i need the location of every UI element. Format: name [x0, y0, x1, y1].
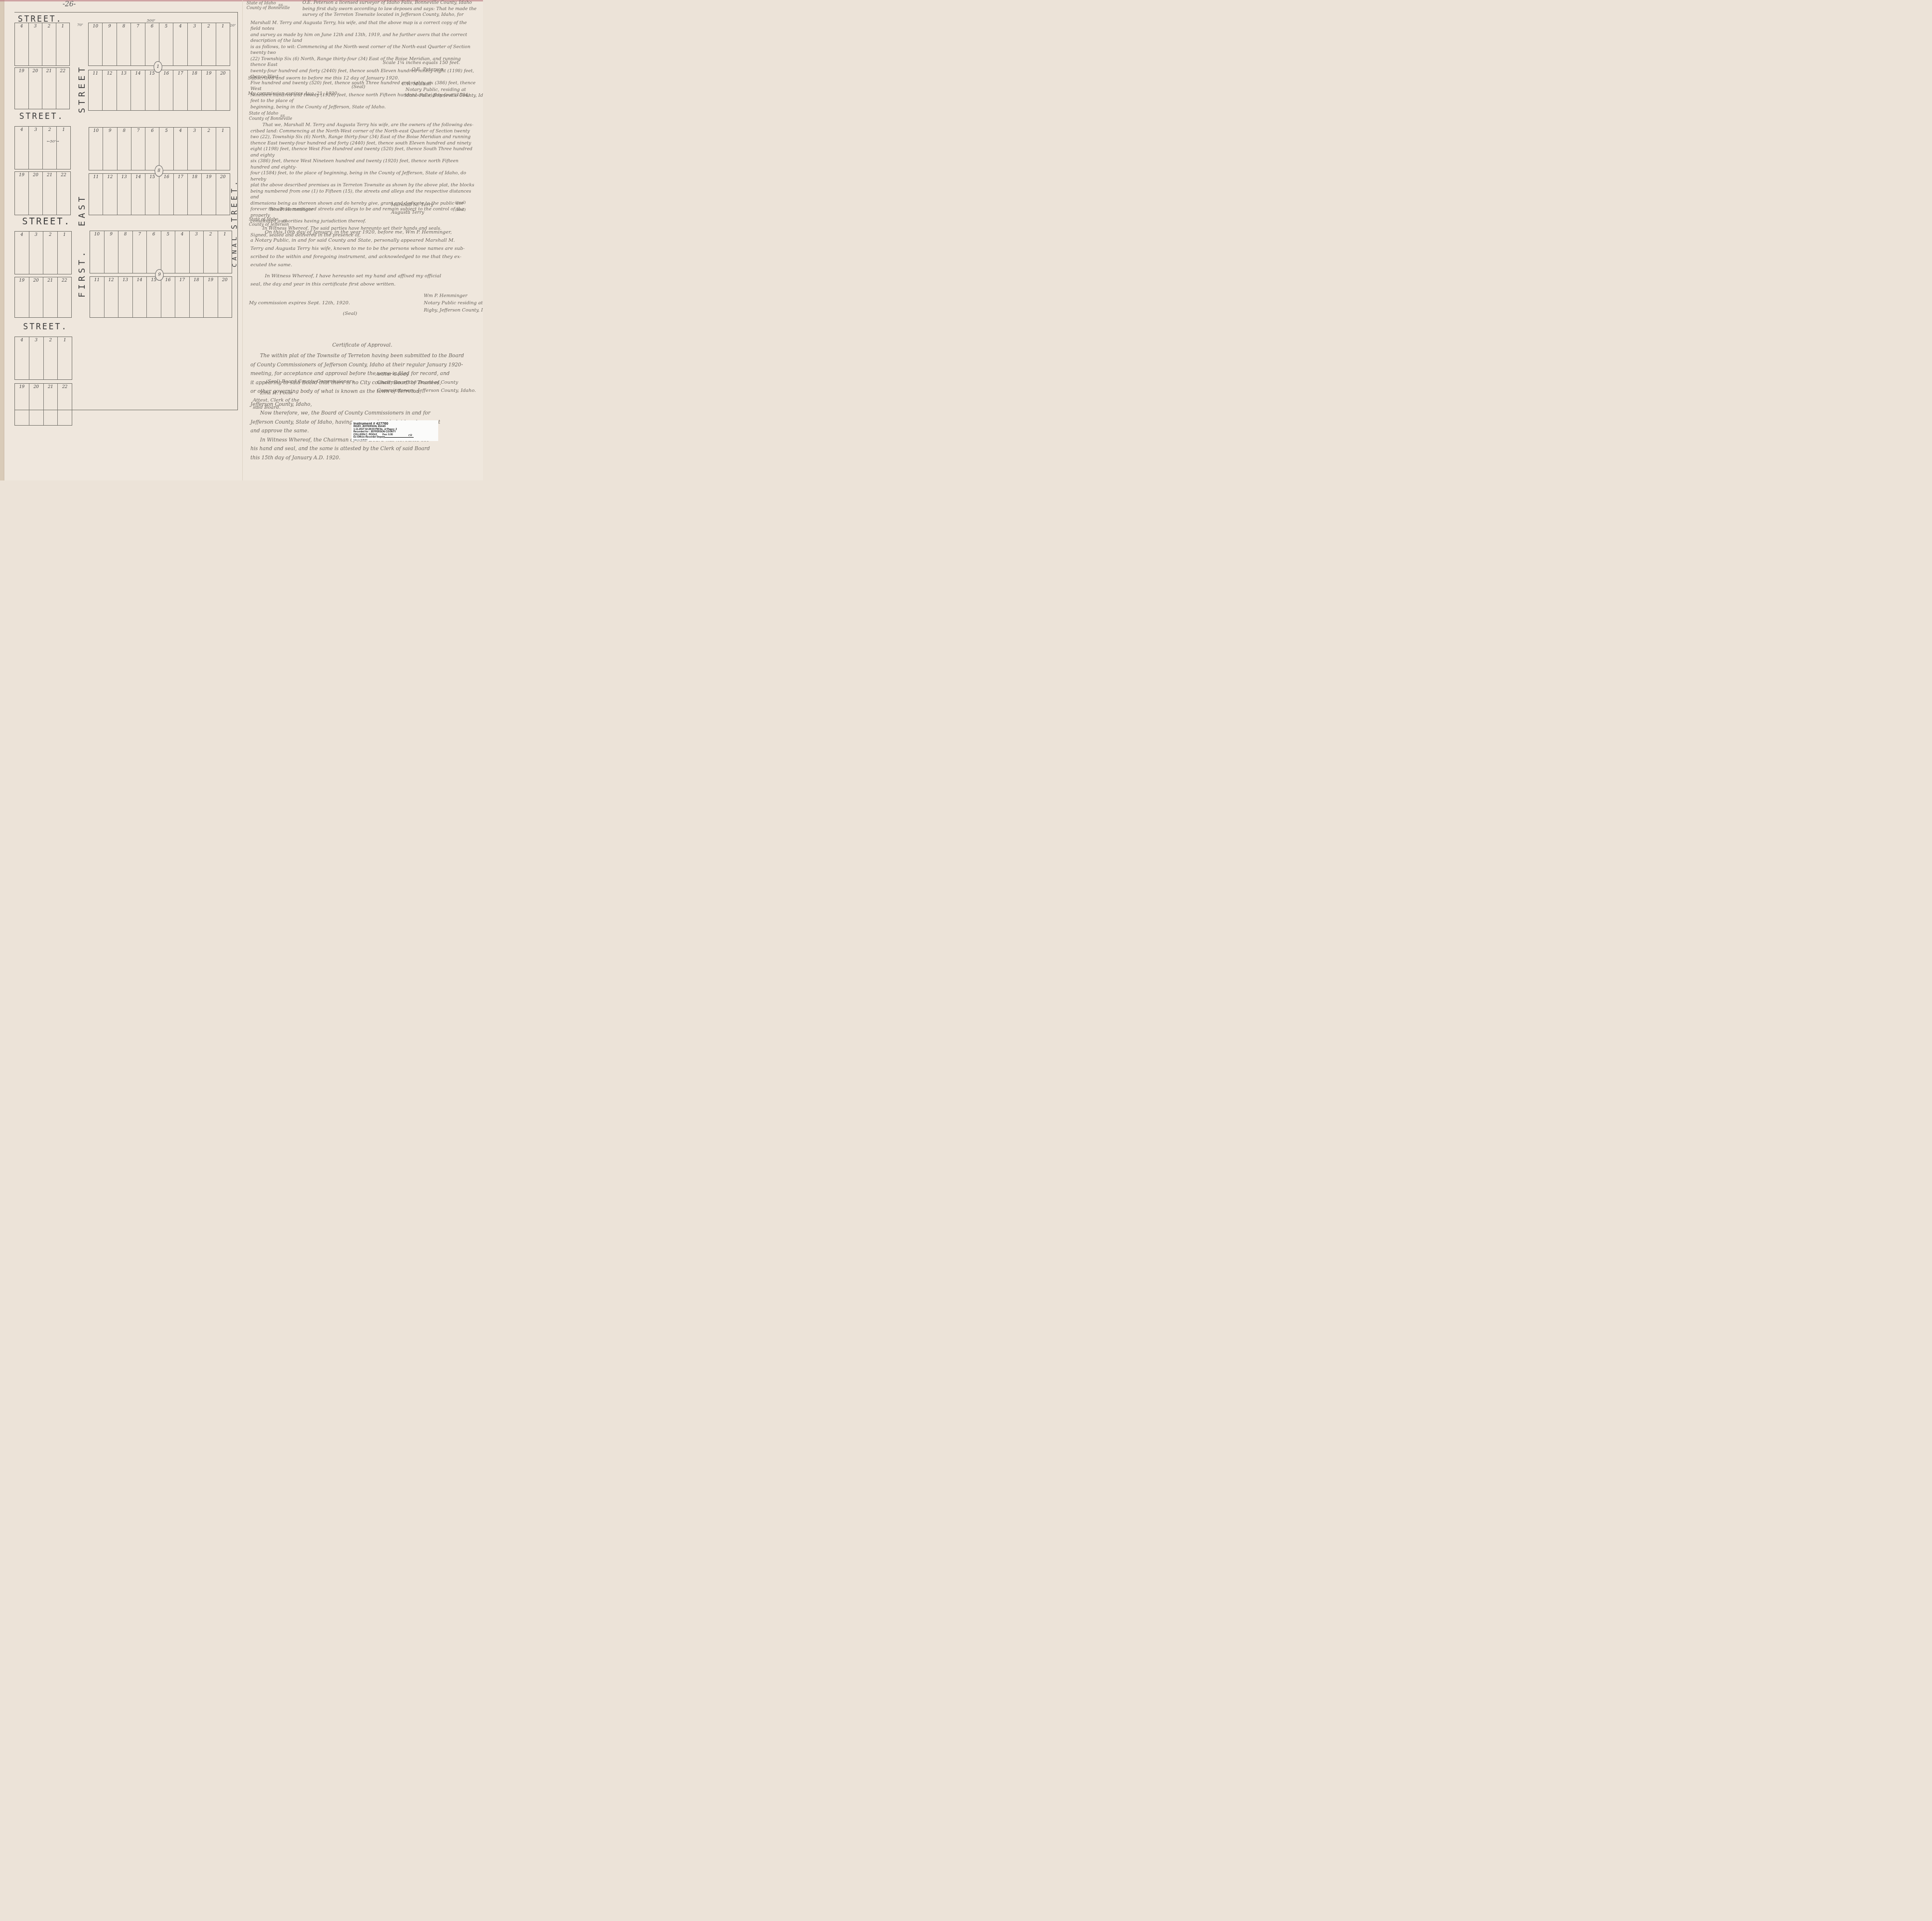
lot-number: 2 — [202, 24, 215, 29]
lot[interactable]: 4 — [15, 337, 29, 379]
lot-number: 19 — [204, 278, 218, 283]
lot-number: 9 — [103, 24, 116, 29]
lot-number: 4 — [174, 129, 187, 133]
dedication-line: That we, Marshall M. Terry and Augusta T… — [250, 122, 477, 129]
lot-number: 3 — [29, 24, 42, 29]
lot[interactable]: 6 — [145, 128, 159, 170]
deputy-signature-line — [385, 437, 414, 438]
lot[interactable]: 22 — [58, 277, 72, 317]
lot-number: 21 — [43, 173, 56, 178]
lot[interactable]: 4 — [173, 23, 187, 65]
lot-number: 4 — [175, 232, 189, 237]
lot[interactable]: 5 — [159, 23, 173, 65]
lot[interactable]: 19 — [204, 277, 218, 317]
dimension-block-width: 500' — [147, 18, 155, 23]
lot-number: 17 — [174, 175, 187, 180]
lot[interactable]: 21 — [43, 277, 58, 317]
acknowledgment-line: scribed to the within and foregoing inst… — [250, 253, 477, 261]
notary-title-hemminger: Notary Public residing at — [424, 301, 483, 306]
lot-number: 8 — [118, 232, 132, 237]
lot[interactable]: 13 — [117, 70, 131, 110]
lot-number: 14 — [131, 71, 144, 76]
clerk-signature: Zina H. Poole — [260, 391, 293, 396]
lot-number: 7 — [131, 129, 145, 133]
lot[interactable]: 18 — [190, 277, 204, 317]
certificate-line: The within plat of the Townsite of Terre… — [250, 351, 477, 361]
block-8-left-bottom: 19 20 21 22 — [14, 171, 71, 215]
block-last-left-bottom: 19 20 21 22 — [14, 383, 72, 426]
acknowledgment-line: Terry and Augusta Terry his wife, known … — [250, 245, 477, 253]
block-8-left-top: 4 3 2 1 — [14, 126, 71, 169]
lot[interactable]: 2 — [44, 337, 58, 379]
affidavit-line: and survey as made by him on June 12th a… — [250, 32, 477, 44]
block-8-right-bottom: 11 12 13 14 15 16 17 18 19 20 — [89, 173, 230, 215]
lot[interactable]: 1 — [56, 23, 70, 65]
lot-number: 17 — [173, 71, 187, 76]
block-number-9: 9 — [155, 269, 164, 281]
chairman-title-2: Commissioners, Jefferson County, Idaho. — [377, 389, 476, 393]
lot-number: 13 — [117, 175, 131, 180]
dedication-line: dimensions being as thereon shown and do… — [250, 201, 477, 207]
acknowledgment-venue-county: County of Jefferson — [249, 223, 289, 227]
recording-stamp-label: Instrument # 427760 RIGBY, JEFFERSON, ID… — [352, 420, 438, 441]
lot[interactable]: 1 — [58, 337, 72, 379]
lot-number: 6 — [145, 129, 159, 133]
board-seal-line: (Seal) Board County Commissioners — [266, 379, 354, 384]
lot[interactable]: 21 — [44, 384, 58, 425]
lot[interactable]: 17 — [173, 70, 187, 110]
lot[interactable]: 15 — [145, 174, 159, 215]
lot-number: 5 — [159, 129, 173, 133]
lot[interactable]: 10 — [89, 23, 103, 65]
lot[interactable]: 12 — [104, 277, 119, 317]
plat-scale-note: Scale 1¼ inches equals 150 feet. — [383, 61, 460, 65]
lot[interactable]: 2 — [202, 23, 216, 65]
lot-number: 5 — [159, 24, 173, 29]
lot[interactable]: 21 — [42, 68, 56, 109]
lot-number: 16 — [159, 71, 173, 76]
affidavit-subscribed-line: Subscribed and sworn to before me this 1… — [248, 76, 399, 81]
lot-number: 2 — [204, 232, 218, 237]
block-number-8: 8 — [155, 165, 163, 177]
lot[interactable]: 15 — [145, 70, 159, 110]
lot-number: 19 — [202, 71, 215, 76]
lot-number: 14 — [133, 278, 147, 283]
lot[interactable]: 14 — [131, 70, 145, 110]
lot[interactable]: 19 — [202, 70, 216, 110]
clerk-title-1: Attest, Clerk of the — [253, 398, 300, 403]
lot-number: 1 — [216, 129, 230, 133]
lot-number: 19 — [15, 385, 29, 389]
block-last-left-top: 4 3 2 1 — [14, 337, 72, 380]
lot[interactable]: 17 — [174, 174, 188, 215]
lot-number: 19 — [15, 69, 28, 74]
lot-number: 5 — [161, 232, 175, 237]
signer-seal-1: (Seal) — [455, 201, 466, 205]
lot-number: 4 — [15, 338, 29, 343]
acknowledgment-venue-state: State of Idaho — [249, 218, 278, 222]
lot[interactable]: 7 — [133, 231, 147, 273]
lot[interactable]: 4 — [15, 127, 29, 169]
recording-index: Index to: SURVEY — [353, 439, 436, 441]
acknowledgment-line: In Witness Whereof, I have hereunto set … — [250, 272, 477, 280]
lot-number: 11 — [89, 71, 102, 76]
lot[interactable]: 2 — [202, 128, 216, 170]
lot-number: 2 — [43, 233, 57, 237]
lot-number: 10 — [89, 129, 103, 133]
lot-number: 1 — [218, 232, 232, 237]
street-label-row3: STREET. — [22, 216, 71, 227]
lot-number: 12 — [103, 71, 116, 76]
page-gutter-divider — [242, 0, 243, 480]
certificate-line: his hand and seal, and the same is attes… — [250, 444, 477, 454]
lot[interactable]: 22 — [58, 384, 72, 425]
lot-number: 16 — [161, 278, 175, 283]
lot-number: 11 — [90, 278, 104, 283]
lot-number: 1 — [58, 338, 72, 343]
lot-number: 20 — [29, 173, 42, 178]
block-8-right-top: 10 9 8 7 6 5 4 3 2 1 — [89, 127, 230, 170]
notary-title-mulhall: Notary Public, residing at — [405, 88, 466, 92]
lot-number: 2 — [43, 128, 56, 132]
certificate-line: of County Commissioners of Jefferson Cou… — [250, 361, 477, 370]
lot[interactable]: 20 — [29, 172, 43, 215]
acknowledgment-venue-ss: SS. — [282, 220, 287, 223]
lot[interactable]: 11 — [89, 174, 103, 215]
lot[interactable]: 4 — [15, 23, 29, 65]
acknowledgment-line: On this 10th day of January, in the year… — [250, 228, 477, 236]
certificate-body: The within plat of the Townsite of Terre… — [250, 351, 477, 462]
block-1-right-bottom: 11 12 13 14 15 16 17 18 19 20 — [88, 70, 230, 111]
dedication-line: being numbered from one (1) to Fifteen (… — [250, 189, 477, 201]
lot-number: 3 — [190, 232, 204, 237]
lot[interactable]: 21 — [43, 172, 57, 215]
lot-number: 6 — [147, 232, 161, 237]
vertical-label-canal: CANAL — [231, 234, 238, 267]
lot[interactable]: 19 — [15, 384, 29, 425]
lot-number: 19 — [15, 278, 29, 283]
lot[interactable]: 1 — [216, 23, 230, 65]
lot[interactable]: 20 — [29, 68, 43, 109]
lot[interactable]: 13 — [118, 277, 133, 317]
lot-number: 13 — [118, 278, 132, 283]
lot-number: 4 — [15, 233, 29, 237]
lot[interactable]: 18 — [188, 70, 202, 110]
lot[interactable]: 19 — [15, 172, 29, 215]
clerk-title-2: said Board. — [253, 405, 281, 410]
lot[interactable]: 6 — [145, 23, 159, 65]
dedication-venue-ss: SS. — [280, 115, 286, 118]
dimension-street-width: 70' — [77, 23, 83, 27]
lot[interactable]: 18 — [188, 174, 202, 215]
lot[interactable]: 3 — [188, 128, 202, 170]
lot[interactable]: 4 — [15, 232, 29, 274]
lot-number: 9 — [104, 232, 118, 237]
certificate-line: this 15th day of January A.D. 1920. — [250, 454, 477, 463]
street-label-row4: STREET. — [23, 322, 68, 332]
lot-number: 20 — [216, 175, 230, 180]
dedication-line: cribed land: Commencing at the North-Wes… — [250, 129, 477, 135]
lot[interactable]: 11 — [89, 70, 103, 110]
lot-number: 12 — [104, 278, 118, 283]
acknowledgment-commission-expiry: My commission expires Sept. 12th, 1920. — [249, 301, 350, 306]
lot[interactable]: 7 — [131, 23, 145, 65]
lot-number: 16 — [159, 175, 173, 180]
lot-number: 20 — [29, 69, 42, 74]
page-number: -26- — [63, 0, 76, 8]
lot[interactable]: 4 — [174, 128, 188, 170]
notary-residence-hemminger: Rigby, Jefferson County, Idaho — [424, 308, 483, 313]
lot-number: 8 — [117, 129, 131, 133]
certificate-line: Now therefore, we, the Board of County C… — [250, 409, 477, 418]
lot-number: 3 — [188, 24, 201, 29]
lot-number: 1 — [58, 233, 72, 237]
notary-name-hemminger: Wm P. Hemminger — [424, 294, 468, 299]
lot[interactable]: 20 — [218, 277, 232, 317]
certificate-line: meeting, for acceptance and approval bef… — [250, 369, 477, 378]
lot-number: 13 — [117, 71, 131, 76]
lot[interactable]: 20 — [216, 70, 230, 110]
lot-number: 10 — [89, 24, 102, 29]
affidavit-line: survey of the Terreton Townsite located … — [250, 12, 477, 18]
lot[interactable]: 2 — [204, 231, 218, 273]
lot-number: 4 — [173, 24, 187, 29]
lot-number: 21 — [43, 278, 57, 283]
lot[interactable]: 14 — [131, 174, 145, 215]
lot-number: 22 — [56, 69, 70, 74]
acknowledgment-line: seal, the day and year in this certifica… — [250, 280, 477, 288]
lot-number: 20 — [218, 278, 232, 283]
block-1-left-top: 4 3 2 1 — [14, 23, 70, 66]
lot-number: 20 — [216, 71, 230, 76]
dedication-line: thence East twenty-four hundred and fort… — [250, 141, 477, 147]
lot-number: 19 — [15, 173, 28, 178]
lot[interactable]: 13 — [117, 174, 131, 215]
lot[interactable]: 11 — [90, 277, 104, 317]
plat-document-page: -26- STREET. STREET. STREET. STREET. STR… — [0, 0, 483, 480]
block-1-left-bottom: 19 20 21 22 — [14, 67, 70, 109]
lot[interactable]: 3 — [190, 231, 204, 273]
vertical-label-street-right: STREET. — [230, 181, 239, 229]
lot[interactable]: 8 — [118, 231, 133, 273]
lot[interactable]: 9 — [103, 23, 117, 65]
lot[interactable]: 4 — [175, 231, 190, 273]
notary-residence-mulhall: Idaho Falls, Bonneville County, Idaho — [405, 93, 483, 98]
lot[interactable]: 19 — [15, 277, 29, 317]
lot-number: 7 — [131, 24, 144, 29]
acknowledgment-body: On this 10th day of January, in the year… — [250, 228, 477, 288]
lot[interactable]: 17 — [175, 277, 190, 317]
lot[interactable]: 3 — [29, 23, 43, 65]
lot-number: 3 — [29, 338, 43, 343]
lot-number: 20 — [29, 278, 43, 283]
vertical-label-first: FIRST. — [77, 245, 87, 298]
lot-number: 1 — [57, 128, 70, 132]
affidavit-line: O.E. Peterson a licensed surveyor of Ida… — [250, 0, 477, 6]
lot[interactable]: 12 — [103, 174, 117, 215]
lot[interactable]: 16 — [159, 70, 173, 110]
lot-number: 2 — [44, 338, 58, 343]
lot-number: 7 — [133, 232, 147, 237]
deputy-initials: ck — [408, 433, 412, 437]
lot-number: 20 — [29, 385, 43, 389]
acknowledgment-seal: (Seal) — [343, 312, 357, 316]
lot-number: 22 — [57, 173, 70, 178]
lot[interactable]: 19 — [202, 174, 216, 215]
lot[interactable]: 3 — [29, 127, 43, 169]
lot-number: 11 — [89, 175, 103, 180]
block-9-left-top: 4 3 2 1 — [14, 231, 72, 274]
lot[interactable]: 1 — [218, 231, 232, 273]
lot-number: 14 — [131, 175, 145, 180]
lot[interactable]: 2 — [43, 127, 57, 169]
signer-marshall-terry: Marshall M. Terry — [391, 203, 433, 208]
vertical-label-east: EAST — [77, 181, 87, 226]
lot[interactable]: 19 — [15, 68, 29, 109]
lot-number: 17 — [175, 278, 189, 283]
lot-number: 18 — [188, 175, 201, 180]
lot-number: 2 — [42, 24, 56, 29]
lot-number: 18 — [190, 278, 204, 283]
dedication-line: six (386) feet, thence West Nineteen hun… — [250, 158, 477, 170]
lot[interactable]: 12 — [103, 70, 117, 110]
lot-number: 10 — [90, 232, 104, 237]
signer-seal-2: (Seal) — [455, 208, 466, 212]
lot[interactable]: 1 — [57, 127, 70, 169]
lot[interactable]: 5 — [161, 231, 176, 273]
lot-number: 6 — [145, 24, 159, 29]
block-9-right-bottom: 11 12 13 14 15 16 17 18 19 20 — [90, 276, 232, 318]
dedication-witness-signature: Wm P. Hemminger — [270, 208, 313, 212]
affidavit-commission-expiry: My commission expires Aug. 21, 1920. — [248, 91, 339, 96]
recorder-title: Ex-Officio Recorder Deputy — [353, 436, 385, 439]
lot-number: 3 — [29, 233, 43, 237]
lot-number: 19 — [202, 175, 215, 180]
lot[interactable]: 9 — [104, 231, 119, 273]
certificate-title: Certificate of Approval. — [332, 343, 392, 348]
lot[interactable]: 8 — [117, 128, 131, 170]
signer-augusta-terry: Augusta Terry — [391, 210, 424, 215]
lot[interactable]: 22 — [56, 68, 70, 109]
lot[interactable]: 14 — [133, 277, 147, 317]
dedication-line: four (1584) feet, to the place of beginn… — [250, 170, 477, 182]
lot-number: 4 — [15, 24, 28, 29]
block-9-left-bottom: 19 20 21 22 — [14, 277, 72, 318]
lot[interactable]: 22 — [57, 172, 70, 215]
lot[interactable]: 9 — [103, 128, 117, 170]
lot-number: 8 — [117, 24, 131, 29]
street-label-row2: STREET. — [19, 112, 64, 121]
lot[interactable]: 3 — [29, 337, 44, 379]
affidavit-line: Marshall M. Terry and Augusta Terry, his… — [250, 20, 477, 32]
acknowledgment-line: a Notary Public, in and for said County … — [250, 236, 477, 245]
dedication-line: eight (1198) feet, thence West Five Hund… — [250, 146, 477, 158]
chairman-signature: Arthur Goody — [376, 372, 409, 377]
lot[interactable]: 5 — [159, 128, 173, 170]
lot-number: 21 — [42, 69, 56, 74]
acknowledgment-line: ecuted the same. — [250, 261, 477, 269]
notary-name-mulhall: C.W. Mulhall — [402, 82, 431, 87]
lot[interactable]: 20 — [29, 277, 44, 317]
lot[interactable]: 3 — [188, 23, 202, 65]
lot[interactable]: 6 — [147, 231, 161, 273]
block-9-right-top: 10 9 8 7 6 5 4 3 2 1 — [90, 231, 232, 273]
lot[interactable]: 2 — [42, 23, 56, 65]
lot[interactable]: 1 — [216, 128, 230, 170]
affidavit-line: beginning, being in the County of Jeffer… — [250, 104, 477, 111]
lot-number: 21 — [44, 385, 58, 389]
lot-number: 1 — [56, 24, 70, 29]
block-1-right-top: 10 9 8 7 6 5 4 3 2 1 — [88, 23, 230, 66]
dimension-right-width: 20' — [230, 23, 235, 27]
lot-number: 2 — [202, 129, 215, 133]
lot-number: 3 — [188, 129, 201, 133]
lot[interactable]: 20 — [216, 174, 230, 215]
surveyor-signature: O.E. Peterson — [412, 67, 444, 72]
lot[interactable]: 10 — [89, 128, 103, 170]
lot[interactable]: 3 — [29, 232, 44, 274]
lot[interactable]: 10 — [90, 231, 104, 273]
chairman-title-1: Chairman of the Board of County — [377, 380, 458, 385]
dedication-venue-state: State of Idaho — [249, 112, 278, 116]
lot[interactable]: 2 — [43, 232, 58, 274]
lot-number: 12 — [103, 175, 117, 180]
affidavit-line: is as follows, to wit: Commencing at the… — [250, 44, 477, 56]
block-number-1: 1 — [154, 61, 162, 73]
lot[interactable]: 16 — [159, 174, 173, 215]
lot[interactable]: 15 — [147, 277, 161, 317]
lot[interactable]: 20 — [29, 384, 44, 425]
lot[interactable]: 8 — [117, 23, 131, 65]
lot-number: 22 — [58, 385, 72, 389]
lot[interactable]: 16 — [161, 277, 176, 317]
vertical-label-street-first-east: STREET — [77, 55, 87, 113]
affidavit-line: being first duly sworn according to law … — [250, 6, 477, 13]
lot-number: 9 — [103, 129, 117, 133]
lot-number: 3 — [29, 128, 42, 132]
dedication-line: plat the above described premises as in … — [250, 182, 477, 189]
lot-number: 1 — [216, 24, 230, 29]
lot[interactable]: 7 — [131, 128, 145, 170]
lot[interactable]: 1 — [58, 232, 72, 274]
book-binding-edge — [0, 0, 4, 480]
lot-number: 22 — [58, 278, 72, 283]
lot-number: 4 — [15, 128, 28, 132]
dedication-line: two (22), Township Six (6) North, Range … — [250, 134, 477, 141]
affidavit-seal: (Seal) — [352, 85, 366, 90]
lot-number: 18 — [188, 71, 201, 76]
